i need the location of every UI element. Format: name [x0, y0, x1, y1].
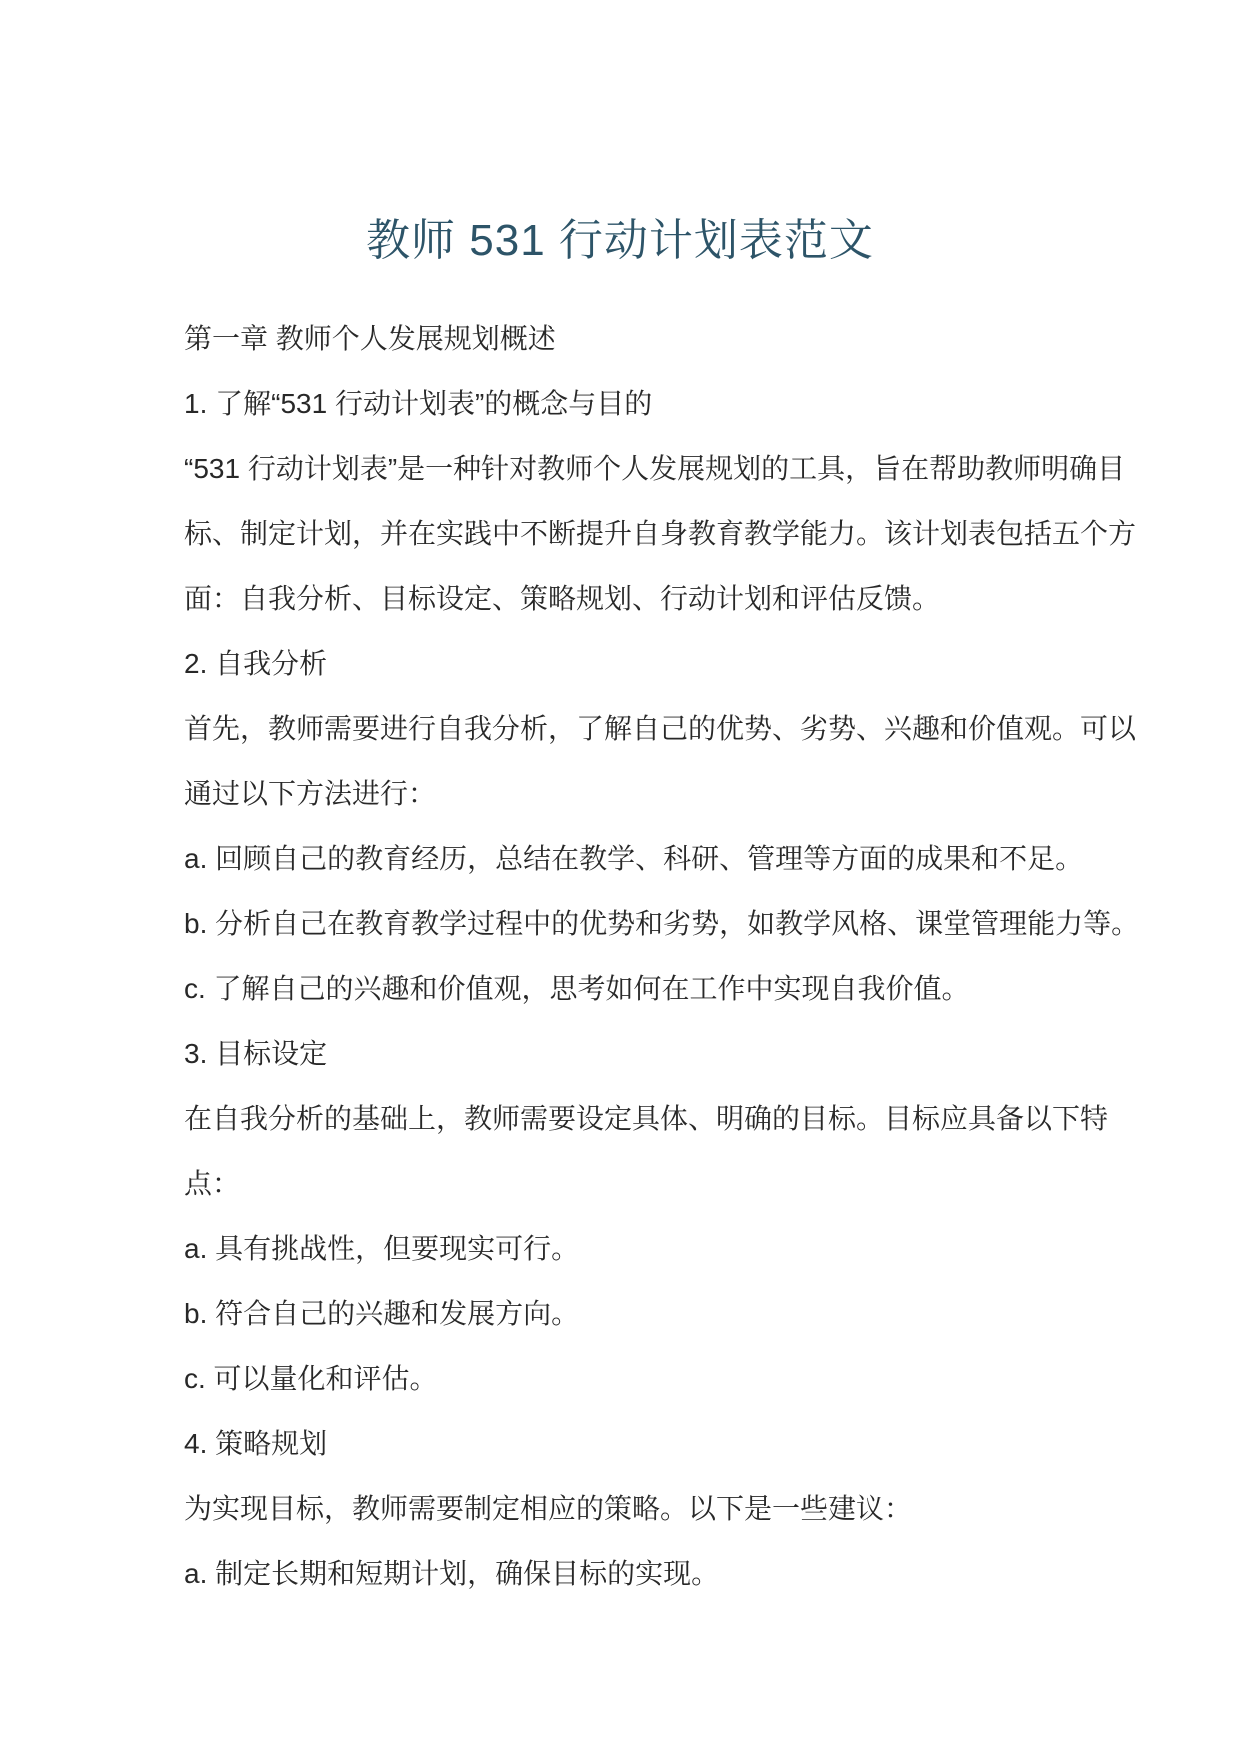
list-item-c: c. 了解自己的兴趣和价值观，思考如何在工作中实现自我价值。: [184, 956, 1104, 1021]
list-item-c: c. 可以量化和评估。: [184, 1346, 1104, 1411]
document-page: 教师 531 行动计划表范文 第一章 教师个人发展规划概述 1. 了解“531 …: [0, 0, 1240, 1753]
body-line: 在自我分析的基础上，教师需要设定具体、明确的目标。目标应具备以下特: [184, 1086, 1104, 1151]
list-item-b: b. 分析自己在教育教学过程中的优势和劣势，如教学风格、课堂管理能力等。: [184, 891, 1104, 956]
document-body: 第一章 教师个人发展规划概述 1. 了解“531 行动计划表”的概念与目的 “5…: [184, 306, 1104, 1606]
chapter-heading: 第一章 教师个人发展规划概述: [184, 306, 1104, 371]
section-2-heading: 2. 自我分析: [184, 631, 1104, 696]
section-1-heading: 1. 了解“531 行动计划表”的概念与目的: [184, 371, 1104, 436]
body-line: 首先，教师需要进行自我分析，了解自己的优势、劣势、兴趣和价值观。可以: [184, 696, 1104, 761]
body-line: 点：: [184, 1151, 1104, 1216]
page-title: 教师 531 行动计划表范文: [0, 212, 1240, 270]
list-item-a: a. 具有挑战性，但要现实可行。: [184, 1216, 1104, 1281]
list-item-b: b. 符合自己的兴趣和发展方向。: [184, 1281, 1104, 1346]
body-line: 通过以下方法进行：: [184, 761, 1104, 826]
list-item-a: a. 回顾自己的教育经历，总结在教学、科研、管理等方面的成果和不足。: [184, 826, 1104, 891]
body-line: 标、制定计划，并在实践中不断提升自身教育教学能力。该计划表包括五个方: [184, 501, 1104, 566]
body-line: 面：自我分析、目标设定、策略规划、行动计划和评估反馈。: [184, 566, 1104, 631]
body-line: “531 行动计划表”是一种针对教师个人发展规划的工具，旨在帮助教师明确目: [184, 436, 1104, 501]
list-item-a: a. 制定长期和短期计划，确保目标的实现。: [184, 1541, 1104, 1606]
section-3-heading: 3. 目标设定: [184, 1021, 1104, 1086]
body-line: 为实现目标，教师需要制定相应的策略。以下是一些建议：: [184, 1476, 1104, 1541]
section-4-heading: 4. 策略规划: [184, 1411, 1104, 1476]
